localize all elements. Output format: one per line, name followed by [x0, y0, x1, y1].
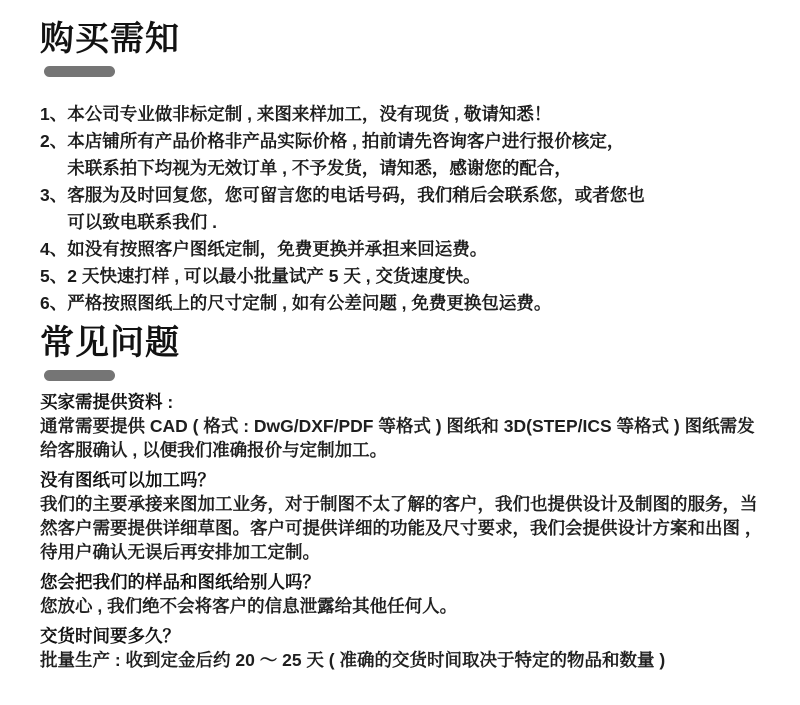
- faq-question: 您会把我们的样品和图纸给别人吗？: [40, 570, 765, 594]
- faq-list: 买家需提供资料 : 通常需要提供 CAD ( 格式 : DwG/DXF/PDF …: [40, 390, 765, 672]
- notice-item-text: 客服为及时回复您，您可留言您的电话号码，我们稍后会联系您，或者您也可以致电联系我…: [67, 182, 765, 236]
- faq-entry: 交货时间要多久？ 批量生产 : 收到定金后约 20 ～ 25 天 ( 准确的交货…: [40, 624, 765, 672]
- faq-question: 买家需提供资料 :: [40, 390, 765, 414]
- notice-item-number: 5、: [40, 263, 67, 290]
- faq-section: 常见问题 买家需提供资料 : 通常需要提供 CAD ( 格式 : DwG/DXF…: [40, 324, 765, 672]
- purchase-notice-title: 购买需知: [40, 20, 765, 58]
- faq-answer: 我们的主要承接来图加工业务，对于制图不太了解的客户，我们也提供设计及制图的服务，…: [40, 492, 765, 564]
- notice-item-text: 2 天快速打样 , 可以最小批量试产 5 天 , 交货速度快。: [67, 263, 765, 290]
- faq-question: 没有图纸可以加工吗？: [40, 468, 765, 492]
- purchase-notice-list: 1、 本公司专业做非标定制 , 来图来样加工，没有现货 , 敬请知悉！ 2、 本…: [40, 101, 765, 317]
- title-underline-bar: [44, 66, 115, 77]
- notice-list-item: 6、 严格按照图纸上的尺寸定制 , 如有公差问题 , 免费更换包运费。: [40, 290, 765, 317]
- faq-entry: 买家需提供资料 : 通常需要提供 CAD ( 格式 : DwG/DXF/PDF …: [40, 390, 765, 462]
- notice-item-text: 严格按照图纸上的尺寸定制 , 如有公差问题 , 免费更换包运费。: [67, 290, 765, 317]
- notice-item-number: 3、: [40, 182, 67, 236]
- faq-title: 常见问题: [40, 324, 765, 362]
- notice-item-number: 6、: [40, 290, 67, 317]
- product-info-page: 购买需知 1、 本公司专业做非标定制 , 来图来样加工，没有现货 , 敬请知悉！…: [0, 0, 800, 705]
- notice-list-item: 3、 客服为及时回复您，您可留言您的电话号码，我们稍后会联系您，或者您也可以致电…: [40, 182, 765, 236]
- faq-answer: 批量生产 : 收到定金后约 20 ～ 25 天 ( 准确的交货时间取决于特定的物…: [40, 648, 765, 672]
- faq-question: 交货时间要多久？: [40, 624, 765, 648]
- purchase-notice-section: 购买需知 1、 本公司专业做非标定制 , 来图来样加工，没有现货 , 敬请知悉！…: [40, 20, 765, 317]
- notice-item-number: 2、: [40, 128, 67, 182]
- notice-item-text: 本公司专业做非标定制 , 来图来样加工，没有现货 , 敬请知悉！: [67, 101, 765, 128]
- notice-list-item: 4、 如没有按照客户图纸定制，免费更换并承担来回运费。: [40, 236, 765, 263]
- notice-list-item: 2、 本店铺所有产品价格非产品实际价格 , 拍前请先咨询客户进行报价核定，未联系…: [40, 128, 765, 182]
- notice-item-text: 如没有按照客户图纸定制，免费更换并承担来回运费。: [67, 236, 765, 263]
- faq-answer: 您放心 , 我们绝不会将客户的信息泄露给其他任何人。: [40, 594, 765, 618]
- notice-list-item: 1、 本公司专业做非标定制 , 来图来样加工，没有现货 , 敬请知悉！: [40, 101, 765, 128]
- faq-entry: 没有图纸可以加工吗？ 我们的主要承接来图加工业务，对于制图不太了解的客户，我们也…: [40, 468, 765, 564]
- notice-item-text: 本店铺所有产品价格非产品实际价格 , 拍前请先咨询客户进行报价核定，未联系拍下均…: [67, 128, 765, 182]
- faq-entry: 您会把我们的样品和图纸给别人吗？ 您放心 , 我们绝不会将客户的信息泄露给其他任…: [40, 570, 765, 618]
- notice-list-item: 5、 2 天快速打样 , 可以最小批量试产 5 天 , 交货速度快。: [40, 263, 765, 290]
- notice-item-number: 1、: [40, 101, 67, 128]
- faq-answer: 通常需要提供 CAD ( 格式 : DwG/DXF/PDF 等格式 ) 图纸和 …: [40, 414, 765, 462]
- title-underline-bar: [44, 370, 115, 381]
- notice-item-number: 4、: [40, 236, 67, 263]
